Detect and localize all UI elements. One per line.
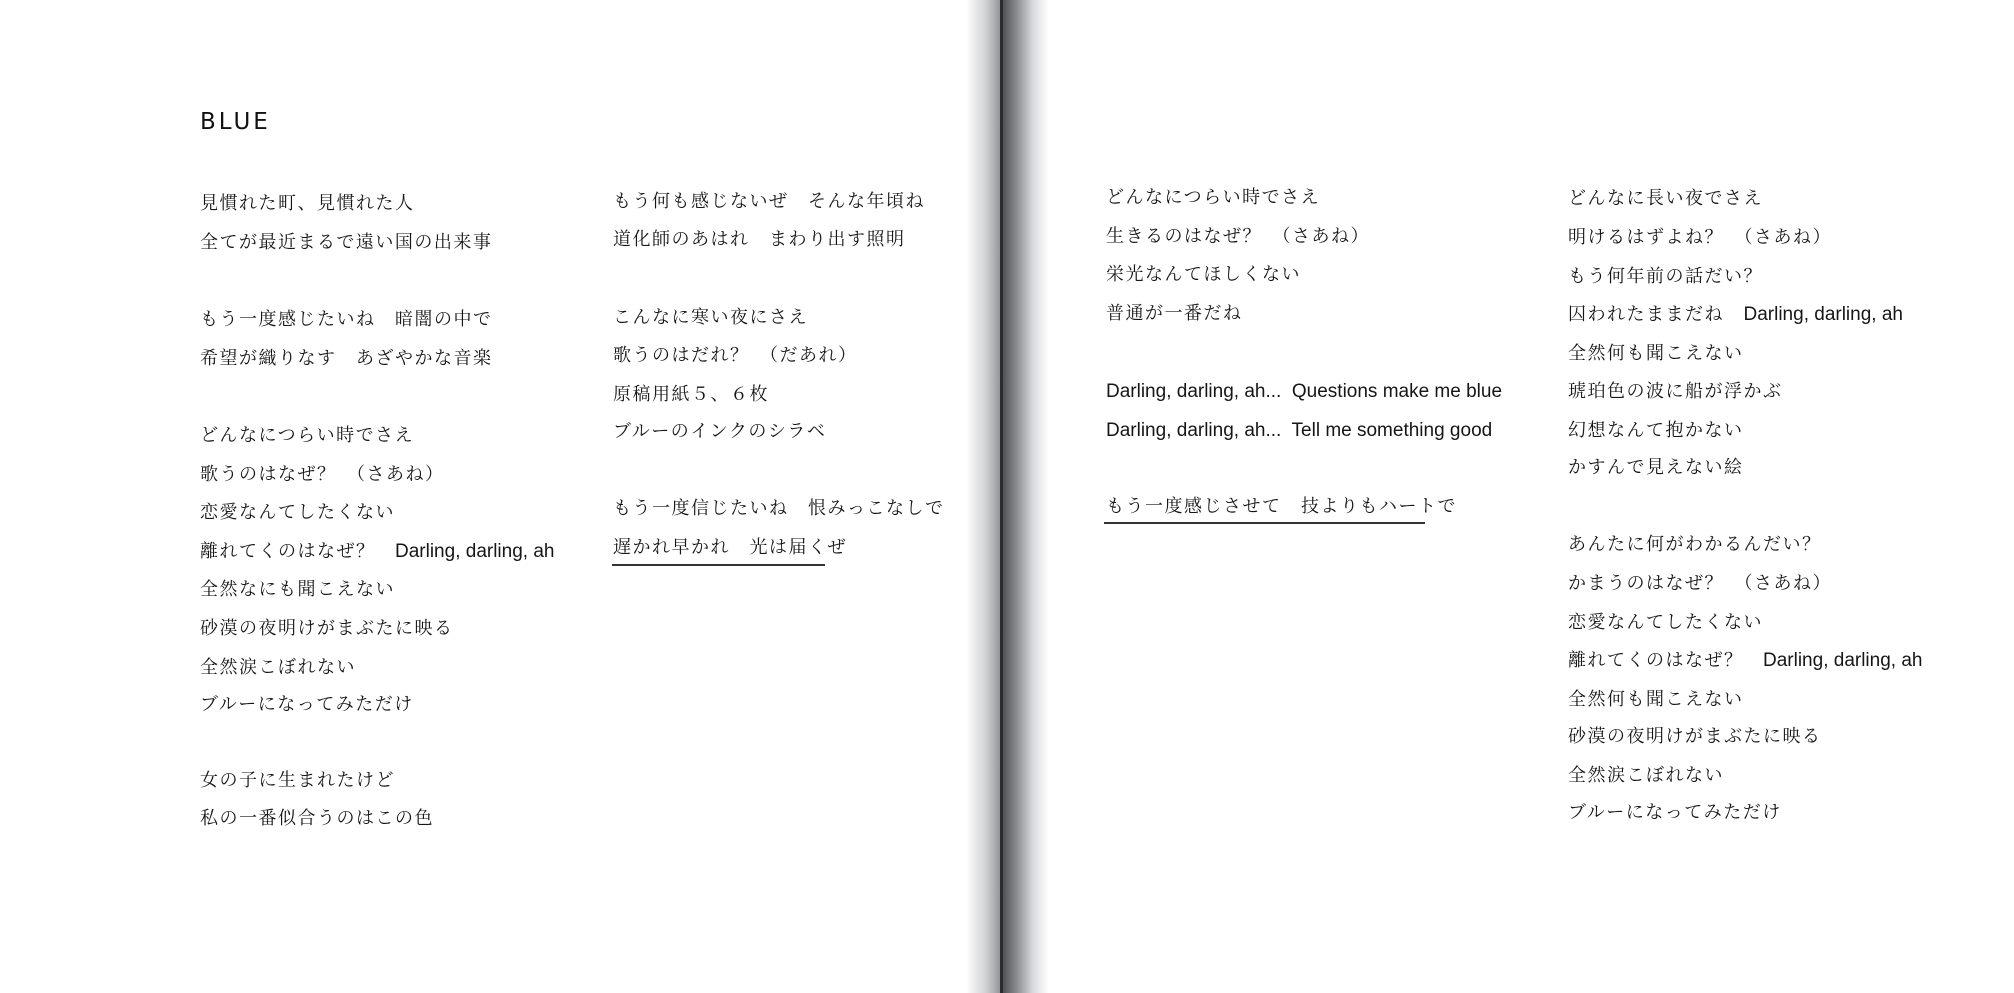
lyric-text-japanese: 恋愛なんてしたくない: [200, 502, 395, 523]
lyric-line: 私の一番似合うのはこの色: [200, 807, 434, 831]
lyric-line: 明けるはずよね？ （さあね）: [1568, 226, 1832, 250]
lyric-line: ブルーになってみただけ: [200, 693, 414, 717]
lyric-text-japanese: もう何も感じないぜ そんな年頃ね: [613, 191, 925, 212]
lyric-text-japanese: 女の子に生まれたけど: [200, 770, 395, 791]
lyric-line: もう何も感じないぜ そんな年頃ね: [613, 190, 925, 214]
lyric-text-japanese: 生きるのはなぜ？ （さあね）: [1106, 226, 1370, 247]
lyric-text-japanese: 全然なにも聞こえない: [200, 579, 395, 600]
lyric-line: 恋愛なんてしたくない: [1568, 611, 1763, 635]
lyric-line: もう何年前の話だい？: [1568, 265, 1763, 289]
lyrics-booklet-spread: BLUE 見慣れた町、見慣れた人全てが最近まるで遠い国の出来事もう一度感じたいね…: [0, 0, 2014, 993]
lyric-text-japanese: 全然涙こぼれない: [1568, 765, 1724, 786]
lyric-line: 見慣れた町、見慣れた人: [200, 192, 415, 216]
lyric-text-english: Darling, darling, ah: [395, 541, 554, 562]
lyric-text-english: Darling, darling, ah... Tell me somethin…: [1106, 420, 1492, 441]
lyric-text-japanese: 全然何も聞こえない: [1568, 343, 1744, 364]
lyric-line: 遅かれ早かれ 光は届くぜ: [613, 536, 847, 560]
lyric-text-japanese: 遅かれ早かれ 光は届くぜ: [613, 537, 847, 558]
lyric-line: 離れてくのはなぜ？ Darling, darling, ah: [1568, 649, 1922, 673]
lyric-line: ブルーになってみただけ: [1568, 801, 1782, 825]
lyric-text-japanese: 普通が一番だね: [1106, 303, 1243, 324]
lyric-text-japanese: もう一度信じたいね 恨みっこなしで: [613, 498, 945, 519]
lyric-text-japanese: 全然何も聞こえない: [1568, 689, 1744, 710]
lyric-line: Darling, darling, ah... Tell me somethin…: [1106, 419, 1492, 443]
lyric-text-japanese: 見慣れた町、見慣れた人: [200, 193, 415, 214]
lyric-line: かまうのはなぜ？ （さあね）: [1568, 572, 1832, 596]
lyric-text-japanese: 恋愛なんてしたくない: [1568, 612, 1763, 633]
lyric-line: もう一度信じたいね 恨みっこなしで: [613, 497, 945, 521]
lyric-text-japanese: どんなにつらい時でさえ: [200, 425, 414, 446]
song-title: BLUE: [200, 109, 271, 135]
lyric-text-japanese: 道化師のあはれ まわり出す照明: [613, 229, 906, 250]
lyric-line: 砂漠の夜明けがまぶたに映る: [1568, 725, 1822, 749]
lyric-text-japanese: かすんで見えない絵: [1568, 457, 1744, 478]
stanza-underline-rule: [612, 564, 825, 566]
lyric-line: 生きるのはなぜ？ （さあね）: [1106, 225, 1370, 249]
lyric-line: かすんで見えない絵: [1568, 456, 1744, 480]
lyric-text-japanese: 全然涙こぼれない: [200, 657, 356, 678]
lyric-text-japanese: 希望が織りなす あざやかな音楽: [200, 348, 493, 369]
lyric-text-japanese: ブルーのインクのシラベ: [613, 421, 826, 442]
lyric-text-japanese: 離れてくのはなぜ？: [1568, 650, 1763, 671]
lyric-line: 砂漠の夜明けがまぶたに映る: [200, 617, 454, 641]
lyric-line: 恋愛なんてしたくない: [200, 501, 395, 525]
lyric-line: 普通が一番だね: [1106, 302, 1243, 326]
lyric-text-japanese: 琥珀色の波に船が浮かぶ: [1568, 381, 1783, 402]
lyric-text-japanese: 全てが最近まるで遠い国の出来事: [200, 232, 492, 253]
lyric-text-english: Darling, darling, ah: [1763, 650, 1922, 671]
lyric-text-english: Darling, darling, ah: [1744, 304, 1903, 325]
lyric-text-japanese: もう何年前の話だい？: [1568, 266, 1763, 287]
lyric-text-japanese: もう一度感じたいね 暗闇の中で: [200, 309, 493, 330]
lyric-text-japanese: 離れてくのはなぜ？: [200, 541, 395, 562]
lyric-text-japanese: 歌うのはなぜ？ （さあね）: [200, 464, 445, 485]
lyric-line: 栄光なんてほしくない: [1106, 263, 1301, 287]
stanza-underline-rule: [1104, 522, 1425, 524]
lyric-text-japanese: 幻想なんて抱かない: [1568, 420, 1744, 441]
lyric-text-japanese: ブルーになってみただけ: [200, 694, 414, 715]
lyric-line: 歌うのはなぜ？ （さあね）: [200, 463, 445, 487]
lyric-line: 全然涙こぼれない: [200, 656, 356, 680]
lyric-line: もう一度感じさせて 技よりもハートで: [1106, 495, 1457, 519]
lyric-line: あんたに何がわかるんだい？: [1568, 533, 1822, 557]
lyric-line: 全然なにも聞こえない: [200, 578, 395, 602]
lyric-text-japanese: 原稿用紙５、６枚: [613, 384, 769, 405]
lyric-line: 希望が織りなす あざやかな音楽: [200, 347, 493, 371]
lyric-line: 全然涙こぼれない: [1568, 764, 1724, 788]
lyric-text-japanese: 砂漠の夜明けがまぶたに映る: [1568, 726, 1822, 747]
lyric-text-japanese: どんなに長い夜でさえ: [1568, 188, 1763, 209]
lyric-text-japanese: どんなにつらい時でさえ: [1106, 187, 1320, 208]
lyric-text-japanese: 栄光なんてほしくない: [1106, 264, 1301, 285]
lyric-text-english: Darling, darling, ah... Questions make m…: [1106, 381, 1502, 402]
lyric-line: こんなに寒い夜にさえ: [613, 306, 808, 330]
lyric-text-japanese: かまうのはなぜ？ （さあね）: [1568, 573, 1832, 594]
lyric-text-japanese: 私の一番似合うのはこの色: [200, 808, 434, 829]
lyric-text-japanese: こんなに寒い夜にさえ: [613, 307, 808, 328]
lyric-line: 囚われたままだね Darling, darling, ah: [1568, 303, 1903, 327]
lyric-line: どんなに長い夜でさえ: [1568, 187, 1763, 211]
lyric-line: 全然何も聞こえない: [1568, 688, 1744, 712]
lyric-text-japanese: 明けるはずよね？ （さあね）: [1568, 227, 1832, 248]
lyric-line: 全然何も聞こえない: [1568, 342, 1744, 366]
lyric-line: 女の子に生まれたけど: [200, 769, 395, 793]
lyric-line: もう一度感じたいね 暗闇の中で: [200, 308, 493, 332]
lyric-text-japanese: 歌うのはだれ？ （だあれ）: [613, 345, 858, 366]
lyric-text-japanese: もう一度感じさせて 技よりもハートで: [1106, 496, 1457, 517]
lyric-line: 原稿用紙５、６枚: [613, 383, 769, 407]
lyric-line: 歌うのはだれ？ （だあれ）: [613, 344, 858, 368]
lyric-text-japanese: 囚われたままだね: [1568, 304, 1744, 325]
lyric-line: 離れてくのはなぜ？ Darling, darling, ah: [200, 540, 554, 564]
lyric-line: 道化師のあはれ まわり出す照明: [613, 228, 906, 252]
lyric-text-japanese: あんたに何がわかるんだい？: [1568, 534, 1822, 555]
lyric-line: 全てが最近まるで遠い国の出来事: [200, 231, 492, 255]
lyric-line: どんなにつらい時でさえ: [200, 424, 414, 448]
lyric-line: Darling, darling, ah... Questions make m…: [1106, 380, 1502, 404]
lyric-text-japanese: 砂漠の夜明けがまぶたに映る: [200, 618, 454, 639]
lyric-line: 幻想なんて抱かない: [1568, 419, 1744, 443]
lyric-line: 琥珀色の波に船が浮かぶ: [1568, 380, 1783, 404]
lyric-line: どんなにつらい時でさえ: [1106, 186, 1320, 210]
lyric-text-japanese: ブルーになってみただけ: [1568, 802, 1782, 823]
lyric-line: ブルーのインクのシラベ: [613, 420, 826, 444]
